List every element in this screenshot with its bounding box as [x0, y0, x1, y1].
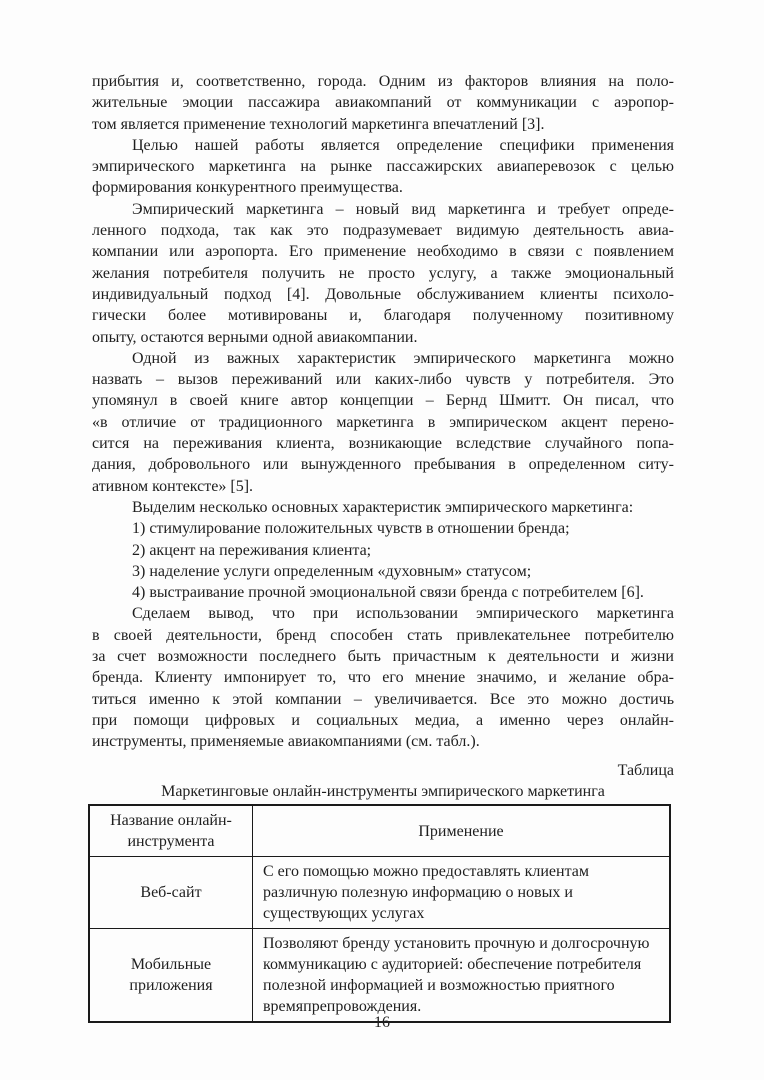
text-line: за счет возможности последнего быть прич… — [92, 646, 674, 667]
text-line: инструменты, применяемые авиакомпаниями … — [92, 731, 674, 752]
table-row: Мобильные приложенияПозволяют бренду уст… — [89, 929, 670, 1023]
text-line: «в отличие от традиционного маркетинга в… — [92, 412, 674, 433]
text-line: дания, добровольного или вынужденного пр… — [92, 454, 674, 475]
table-header: Название онлайн-инструмента Применение — [89, 805, 670, 857]
paragraph: Выделим несколько основных характеристик… — [92, 497, 674, 518]
table-header-row: Название онлайн-инструмента Применение — [89, 805, 670, 857]
text-line: 3) наделение услуги определенным «духовн… — [92, 561, 674, 582]
paragraph: 2) акцент на переживания клиента; — [92, 540, 674, 561]
paragraph: Одной из важных характеристик эмпирическ… — [92, 348, 674, 497]
text-block: прибытия и, соответственно, города. Одни… — [92, 71, 674, 1023]
text-line: Целью нашей работы является определение … — [92, 135, 674, 156]
text-line: ативном контексте» [5]. — [92, 476, 674, 497]
text-line: желания потребителя получить не просто у… — [92, 263, 674, 284]
cell-tool-name: Веб-сайт — [89, 857, 253, 929]
paragraph: Сделаем вывод, что при использовании эмп… — [92, 603, 674, 752]
text-line: при помощи цифровых и социальных медиа, … — [92, 710, 674, 731]
cell-application: Позволяют бренду установить прочную и до… — [253, 929, 671, 1023]
page-number: 16 — [0, 1014, 764, 1032]
text-line: прибытия и, соответственно, города. Одни… — [92, 71, 674, 92]
column-header-application: Применение — [253, 805, 671, 857]
table-label: Таблица — [92, 760, 674, 781]
text-line: Сделаем вывод, что при использовании эмп… — [92, 603, 674, 624]
text-line: Эмпирический маркетинга – новый вид марк… — [92, 199, 674, 220]
paragraph: Целью нашей работы является определение … — [92, 135, 674, 199]
text-line: 4) выстраивание прочной эмоциональной св… — [92, 582, 674, 603]
text-line: 1) стимулирование положительных чувств в… — [92, 518, 674, 539]
paragraph: 3) наделение услуги определенным «духовн… — [92, 561, 674, 582]
text-line: том является применение технологий марке… — [92, 114, 674, 135]
text-line: формирования конкурентного преимущества. — [92, 177, 674, 198]
cell-tool-name: Мобильные приложения — [89, 929, 253, 1023]
cell-application: С его помощью можно предоставлять клиент… — [253, 857, 671, 929]
paragraph: Эмпирический маркетинга – новый вид марк… — [92, 199, 674, 348]
text-line: бренда. Клиенту импонирует то, что его м… — [92, 667, 674, 688]
paragraph: прибытия и, соответственно, города. Одни… — [92, 71, 674, 135]
text-line: титься именно к этой компании – увеличив… — [92, 689, 674, 710]
text-line: жительные эмоции пассажира авиакомпаний … — [92, 92, 674, 113]
text-line: назвать – вызов переживаний или каких-ли… — [92, 369, 674, 390]
text-line: индивидуальный подход [4]. Довольные обс… — [92, 284, 674, 305]
paragraph: 1) стимулирование положительных чувств в… — [92, 518, 674, 539]
text-line: эмпирического маркетинга на рынке пассаж… — [92, 156, 674, 177]
document-page: прибытия и, соответственно, города. Одни… — [0, 0, 764, 1080]
table-row: Веб-сайтС его помощью можно предоставлят… — [89, 857, 670, 929]
table-body: Веб-сайтС его помощью можно предоставлят… — [89, 857, 670, 1023]
text-line: упомянул в своей книге автор концепции –… — [92, 390, 674, 411]
text-line: в своей деятельности, бренд способен ста… — [92, 625, 674, 646]
body-text: прибытия и, соответственно, города. Одни… — [92, 71, 674, 753]
marketing-tools-table: Название онлайн-инструмента Применение В… — [88, 804, 671, 1023]
text-line: Одной из важных характеристик эмпирическ… — [92, 348, 674, 369]
text-line: ленного подхода, так как это подразумева… — [92, 220, 674, 241]
table-caption: Маркетинговые онлайн-инструменты эмпирич… — [92, 781, 674, 802]
text-line: компании или аэропорта. Его применение н… — [92, 241, 674, 262]
text-line: сится на переживания клиента, возникающи… — [92, 433, 674, 454]
text-line: гически более мотивированы и, благодаря … — [92, 305, 674, 326]
text-line: Выделим несколько основных характеристик… — [92, 497, 674, 518]
paragraph: 4) выстраивание прочной эмоциональной св… — [92, 582, 674, 603]
text-line: опыту, остаются верными одной авиакомпан… — [92, 327, 674, 348]
text-line: 2) акцент на переживания клиента; — [92, 540, 674, 561]
column-header-tool-name: Название онлайн-инструмента — [89, 805, 253, 857]
